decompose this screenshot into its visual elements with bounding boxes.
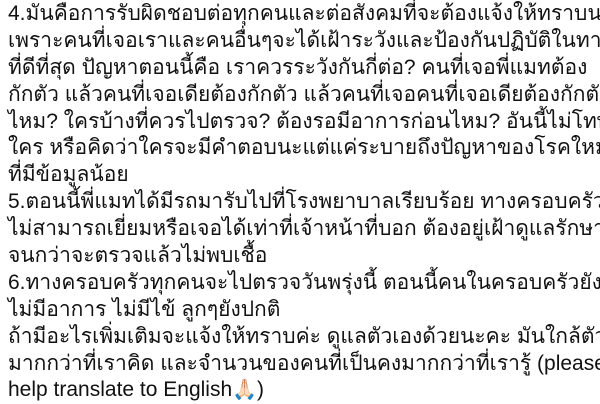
text-line: ไหม? ใครบ้างที่ควรไปตรวจ? ต้องรอมีอาการก… <box>8 109 594 136</box>
text-line: ที่ดีที่สุด ปัญหาตอนนี้คือ เราควรระวังกั… <box>8 55 594 82</box>
text-line: จนกว่าจะตรวจแล้วไม่พบเชื้อ <box>8 243 594 270</box>
text-post: 4.มันคือการรับผิดชอบต่อทุกคนและต่อสังคมท… <box>0 0 600 404</box>
text-line: ไม่มีอาการ ไม่มีไข้ ลูกๆยังปกติ <box>8 297 594 324</box>
text-line: 4.มันคือการรับผิดชอบต่อทุกคนและต่อสังคมท… <box>8 1 594 28</box>
text-line: เพราะคนที่เจอเราและคนอื่นๆจะได้เฝ้าระวัง… <box>8 28 594 55</box>
text-line: 5.ตอนนี้พี่แมทได้มีรถมารับไปที่โรงพยาบาล… <box>8 189 594 216</box>
text-line: ไม่สามารถเยี่ยมหรือเจอได้เท่าที่เจ้าหน้า… <box>8 216 594 243</box>
text-line: มากกว่าที่เราคิด และจำนวนของคนที่เป็นคงม… <box>8 351 594 378</box>
text-line: ถ้ามีอะไรเพิ่มเติมจะแจ้งให้ทราบค่ะ ดูแลต… <box>8 324 594 351</box>
folded-hands-emoji: 🙏🏻 <box>232 379 257 401</box>
last-line-close-paren: ) <box>257 378 264 401</box>
text-line: ที่มีข้อมูลน้อย <box>8 162 594 189</box>
text-line-last: help translate to English🙏🏻) <box>8 377 594 404</box>
last-line-text: help translate to English <box>8 378 232 401</box>
text-line: 6.ทางครอบครัวทุกคนจะไปตรวจวันพรุ่งนี้ ตอ… <box>8 270 594 297</box>
text-line: กักตัว แล้วคนที่เจอเดียต้องกักตัว แล้วคน… <box>8 82 594 109</box>
text-line: ใคร หรือคิดว่าใครจะมีคำตอบนะแต่แค่ระบายถ… <box>8 135 594 162</box>
